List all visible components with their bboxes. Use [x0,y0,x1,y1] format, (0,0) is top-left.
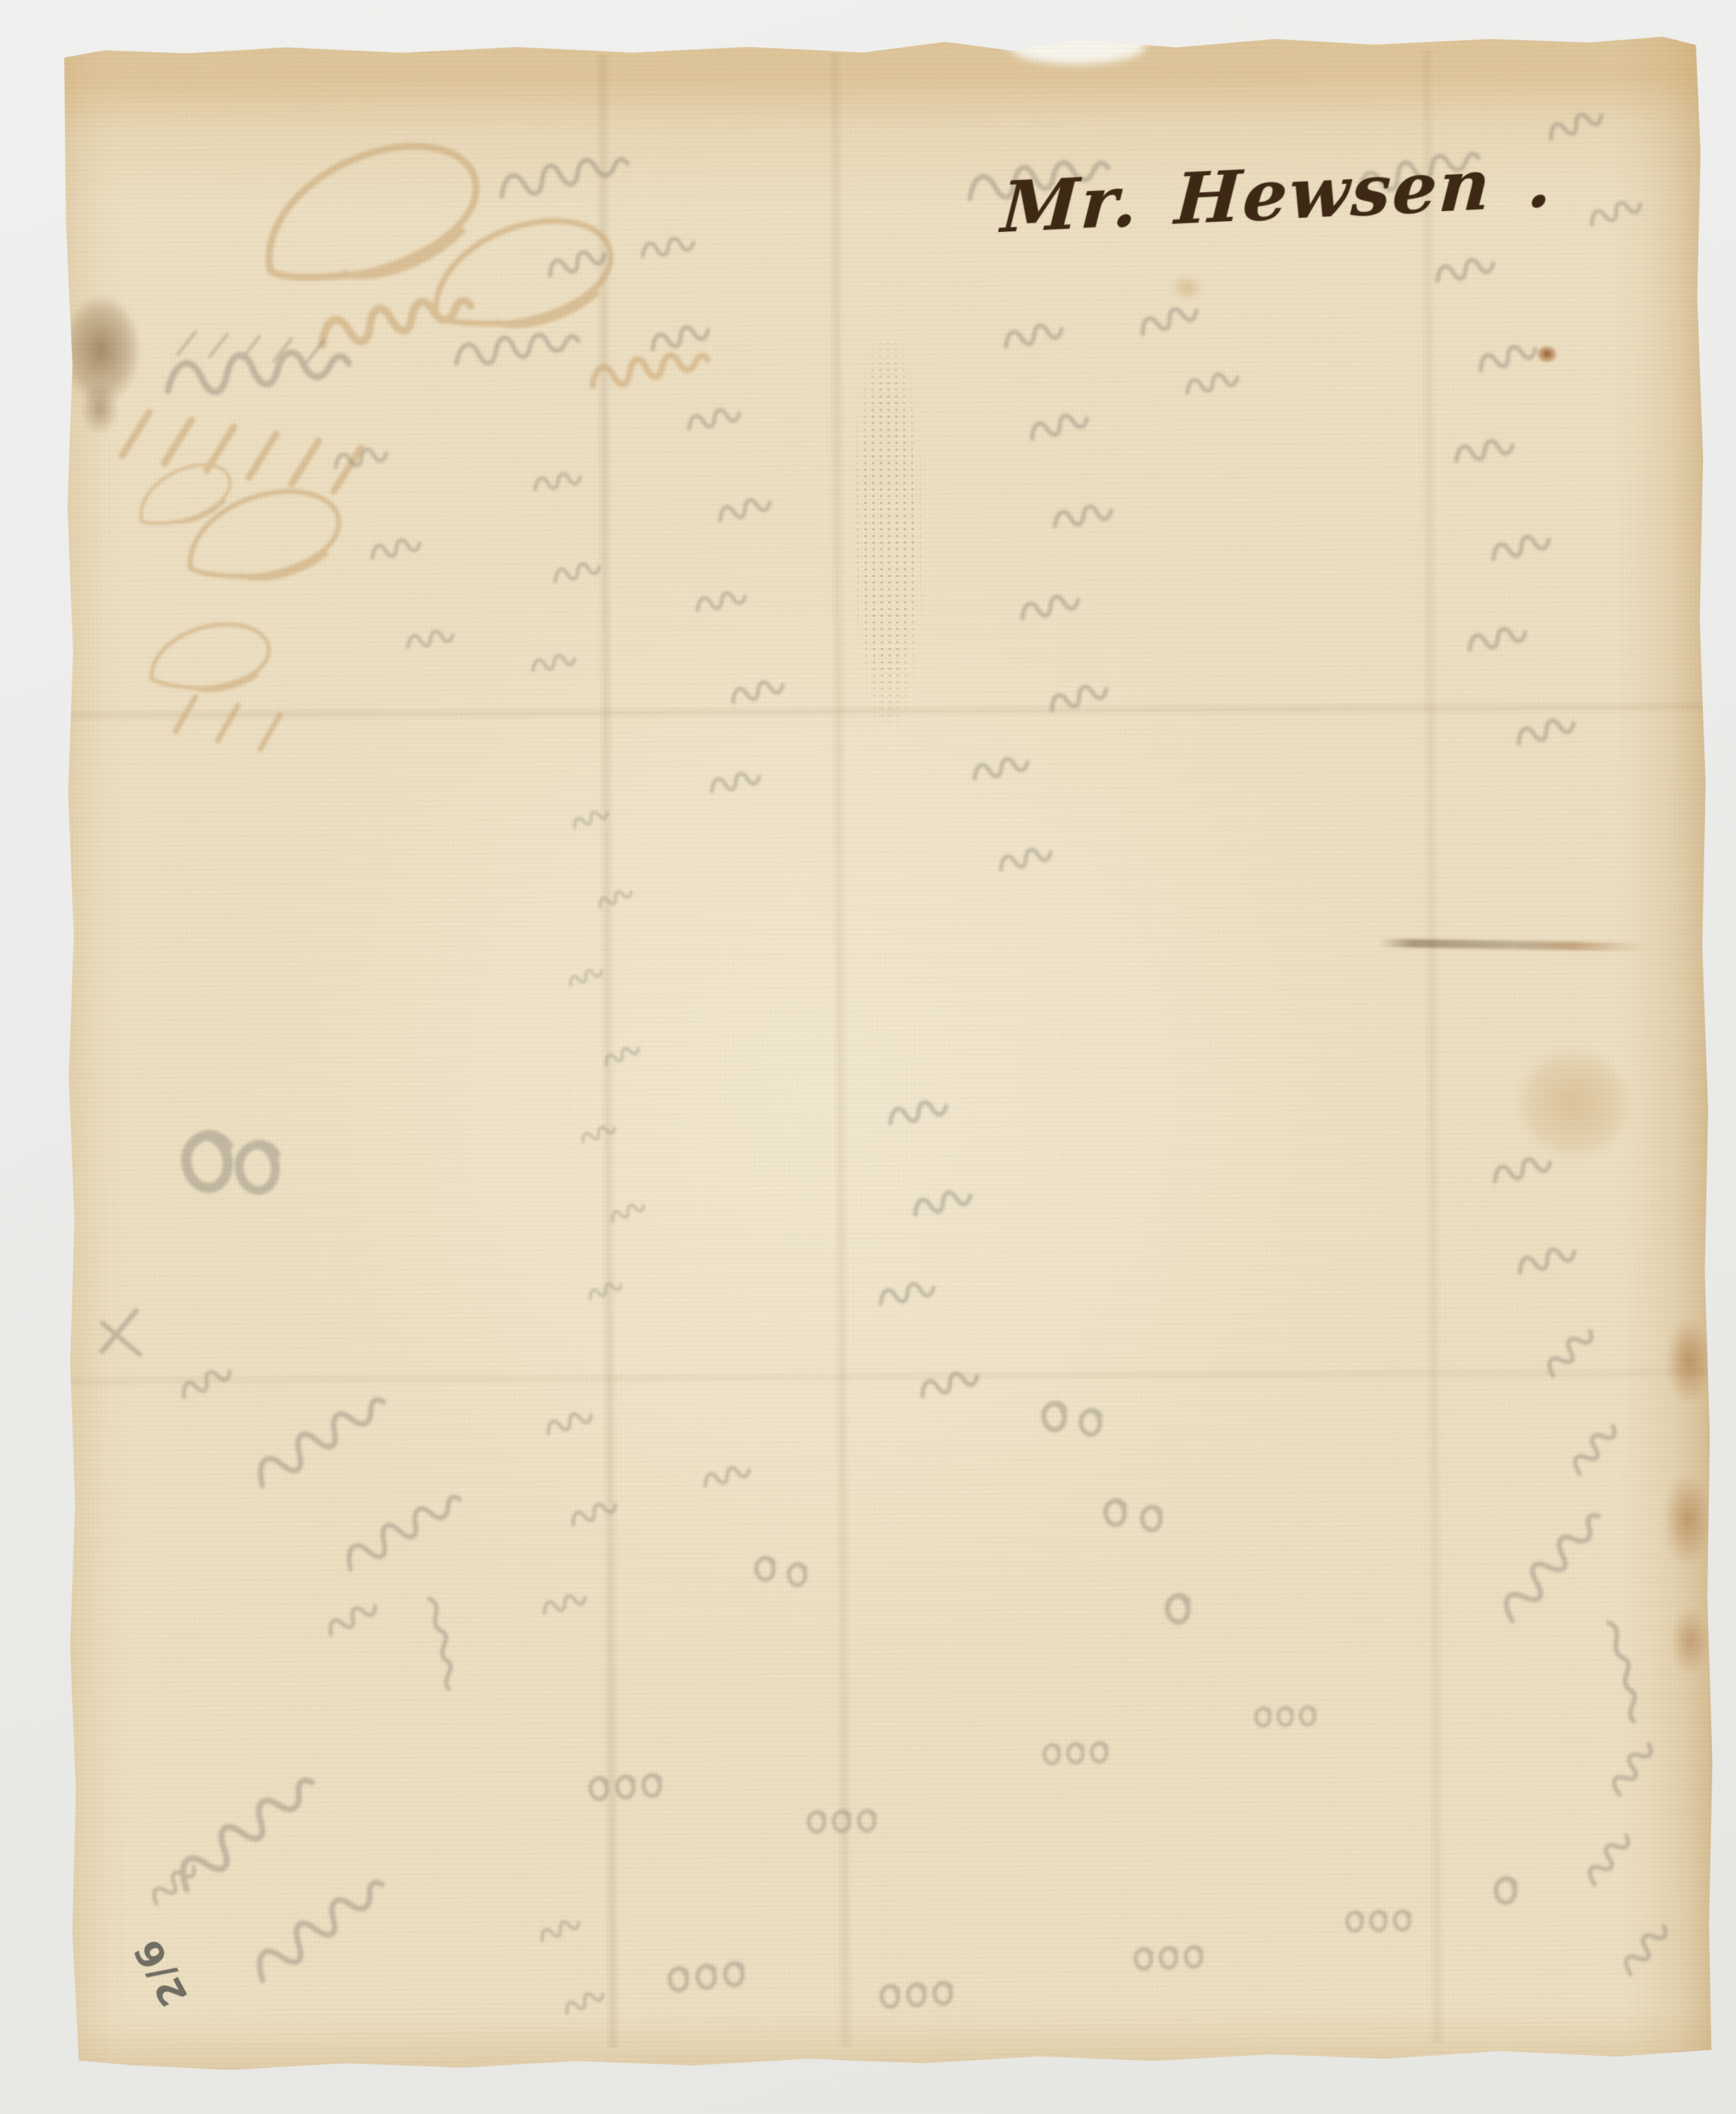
photo-backdrop: Mr. Hewsen . 2/6 [0,0,1736,2114]
manuscript-paper-verso: Mr. Hewsen . 2/6 [55,31,1715,2075]
bleedthrough-writing-layer [55,31,1715,2075]
